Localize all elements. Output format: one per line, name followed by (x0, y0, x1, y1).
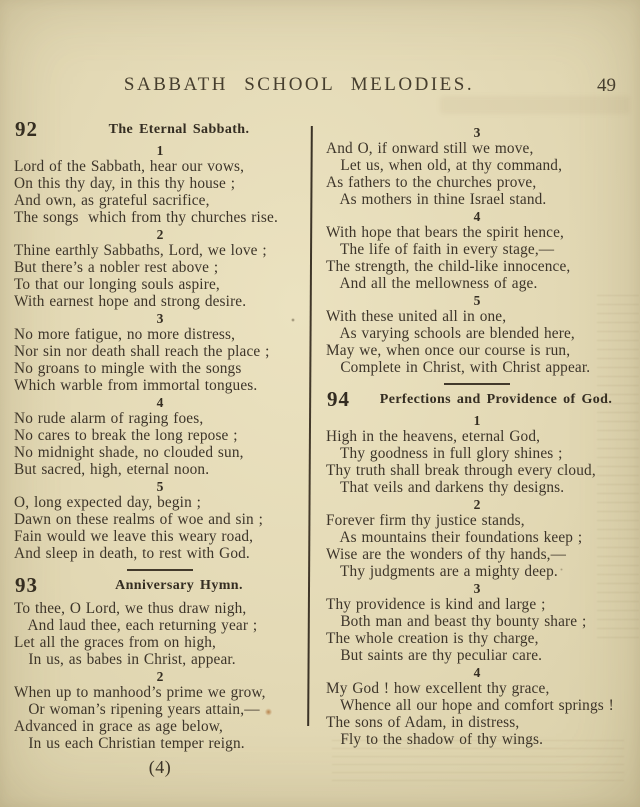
verse-number-label: 3 (14, 312, 306, 325)
verse-line: Let all the graces from on high, (14, 634, 306, 651)
verse-line: To thee, O Lord, we thus draw nigh, (14, 600, 306, 617)
verse-line: The whole creation is thy charge, (326, 630, 628, 647)
verse-number-label: 2 (14, 228, 306, 241)
verse-line: As varying schools are blended here, (326, 325, 628, 342)
verse-line: But sacred, high, eternal noon. (14, 461, 306, 478)
verse-number-label: 3 (326, 126, 628, 139)
verse-line: No cares to break the long repose ; (14, 427, 306, 444)
hymn-number: 92 (15, 117, 38, 142)
verse-stanza: To thee, O Lord, we thus draw nigh, And … (14, 600, 306, 668)
verse-line: Thy judgments are a mighty deep. (326, 563, 628, 580)
verse-line: The strength, the child-like innocence, (326, 258, 628, 275)
hymn-heading: 92The Eternal Sabbath. (14, 120, 306, 141)
page-number: 49 (597, 75, 616, 97)
verse-number-label: 1 (14, 144, 306, 157)
verse-line: And laud thee, each returning year ; (14, 617, 306, 634)
verse-line: And all the mellowness of age. (326, 275, 628, 292)
verse-line: Thine earthly Sabbaths, Lord, we love ; (14, 242, 306, 259)
verse-line: And O, if onward still we move, (326, 140, 628, 157)
verse-stanza: 5With these united all in one, As varyin… (326, 294, 628, 376)
page-header: SABBATH SCHOOL MELODIES. 49 (0, 74, 640, 100)
verse-line: With these united all in one, (326, 308, 628, 325)
verse-line: May we, when once our course is run, (326, 342, 628, 359)
verse-line: O, long expected day, begin ; (14, 494, 306, 511)
hymn-title: Perfections and Providence of God. (364, 390, 628, 408)
hymn-separator-rule (127, 569, 193, 571)
verse-line: Whence all our hope and comfort springs … (326, 697, 628, 714)
verse-line: Dawn on these realms of woe and sin ; (14, 511, 306, 528)
verse-line: And own, as grateful sacrifice, (14, 192, 306, 209)
verse-line: With earnest hope and strong desire. (14, 293, 306, 310)
hymn-number: 94 (327, 387, 350, 412)
verse-line: My God ! how excellent thy grace, (326, 680, 628, 697)
column-divider-rule (307, 126, 313, 726)
verse-line: But there’s a nobler rest above ; (14, 259, 306, 276)
verse-stanza: 2Thine earthly Sabbaths, Lord, we love ;… (14, 228, 306, 310)
hymn-title: Anniversary Hymn. (52, 576, 306, 594)
verse-stanza: 2When up to manhood’s prime we grow, Or … (14, 670, 306, 752)
verse-line: But saints are thy peculiar care. (326, 647, 628, 664)
verse-line: Advanced in grace as age below, (14, 718, 306, 735)
verse-line: No more fatigue, no more distress, (14, 326, 306, 343)
verse-number-label: 3 (326, 582, 628, 595)
verse-line: As mothers in thine Israel stand. (326, 191, 628, 208)
verse-number-label: 4 (14, 396, 306, 409)
verse-line: Which warble from immortal tongues. (14, 377, 306, 394)
verse-line: With hope that bears the spirit hence, (326, 224, 628, 241)
verse-line: Lord of the Sabbath, hear our vows, (14, 158, 306, 175)
scanned-hymnal-page: SABBATH SCHOOL MELODIES. 49 92The Eterna… (0, 0, 640, 807)
verse-stanza: 3And O, if onward still we move, Let us,… (326, 126, 628, 208)
verse-line: The life of faith in every stage,— (326, 241, 628, 258)
hymn-heading: 94Perfections and Providence of God. (326, 390, 628, 411)
verse-line: In us, as babes in Christ, appear. (14, 651, 306, 668)
hymn-heading: 93Anniversary Hymn. (14, 576, 306, 597)
verse-stanza: 2Forever firm thy justice stands, As mou… (326, 498, 628, 580)
verse-line: In us each Christian temper reign. (14, 735, 306, 752)
verse-stanza: 3No more fatigue, no more distress,Nor s… (14, 312, 306, 394)
verse-line: Thy truth shall break through every clou… (326, 462, 628, 479)
verse-line: The songs which from thy churches rise. (14, 209, 306, 226)
verse-line: Thy providence is kind and large ; (326, 596, 628, 613)
verse-number-label: 1 (326, 414, 628, 427)
verse-line: As mountains their foundations keep ; (326, 529, 628, 546)
verse-line: Forever firm thy justice stands, (326, 512, 628, 529)
hymn-number: 93 (15, 573, 38, 598)
hymn-separator-rule (444, 383, 510, 385)
verse-line: Let us, when old, at thy command, (326, 157, 628, 174)
verse-line: Fly to the shadow of thy wings. (326, 731, 628, 748)
verse-number-label: 4 (326, 666, 628, 679)
sheet-signature: (4) (14, 757, 306, 778)
verse-stanza: 4My God ! how excellent thy grace, Whenc… (326, 666, 628, 748)
verse-line: Wise are the wonders of thy hands,— (326, 546, 628, 563)
verse-line: Fain would we leave this weary road, (14, 528, 306, 545)
verse-line: Complete in Christ, with Christ appear. (326, 359, 628, 376)
verse-line: That veils and darkens thy designs. (326, 479, 628, 496)
verse-line: Nor sin nor death shall reach the place … (14, 343, 306, 360)
verse-line: Or woman’s ripening years attain,— (14, 701, 306, 718)
verse-line: No groans to mingle with the songs (14, 360, 306, 377)
verse-number-label: 5 (14, 480, 306, 493)
verse-line: And sleep in death, to rest with God. (14, 545, 306, 562)
verse-line: Thy goodness in full glory shines ; (326, 445, 628, 462)
verse-line: Both man and beast thy bounty share ; (326, 613, 628, 630)
verse-number-label: 2 (326, 498, 628, 511)
verse-stanza: 5O, long expected day, begin ;Dawn on th… (14, 480, 306, 562)
verse-stanza: 4With hope that bears the spirit hence, … (326, 210, 628, 292)
verse-stanza: 1Lord of the Sabbath, hear our vows,On t… (14, 144, 306, 226)
verse-line: When up to manhood’s prime we grow, (14, 684, 306, 701)
verse-number-label: 5 (326, 294, 628, 307)
verse-stanza: 4No rude alarm of raging foes,No cares t… (14, 396, 306, 478)
right-column: 3And O, if onward still we move, Let us,… (326, 124, 628, 750)
verse-stanza: 1High in the heavens, eternal God, Thy g… (326, 414, 628, 496)
verse-line: No rude alarm of raging foes, (14, 410, 306, 427)
verse-stanza: 3Thy providence is kind and large ; Both… (326, 582, 628, 664)
verse-line: As fathers to the churches prove, (326, 174, 628, 191)
running-title: SABBATH SCHOOL MELODIES. (10, 74, 588, 96)
verse-line: No midnight shade, no clouded sun, (14, 444, 306, 461)
verse-line: On this thy day, in this thy house ; (14, 175, 306, 192)
verse-line: High in the heavens, eternal God, (326, 428, 628, 445)
hymn-title: The Eternal Sabbath. (52, 120, 306, 138)
verse-line: The sons of Adam, in distress, (326, 714, 628, 731)
verse-number-label: 2 (14, 670, 306, 683)
verse-number-label: 4 (326, 210, 628, 223)
left-column: 92The Eternal Sabbath.1Lord of the Sabba… (14, 120, 306, 778)
verse-line: To that our longing souls aspire, (14, 276, 306, 293)
